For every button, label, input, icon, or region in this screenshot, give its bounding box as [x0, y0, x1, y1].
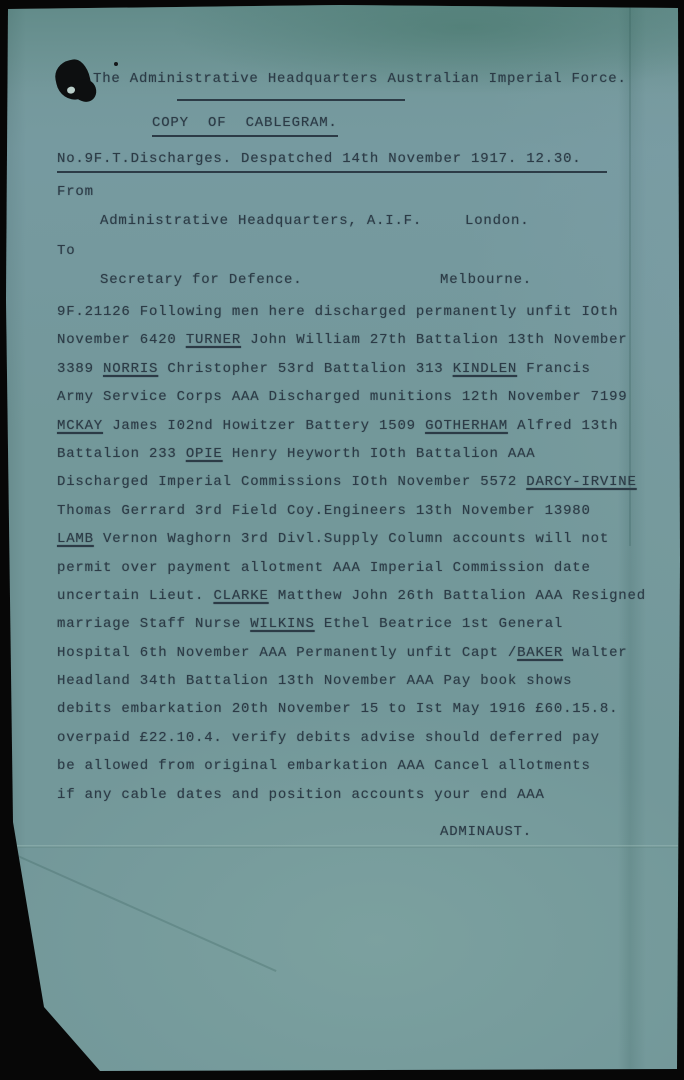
body-text: James I02nd Howitzer Battery 1509: [103, 418, 425, 434]
from-label: From: [57, 181, 636, 203]
body-text: Walter: [563, 645, 627, 661]
body-line: uncertain Lieut. CLARKE Matthew John 26t…: [57, 582, 636, 610]
body-line: November 6420 TURNER John William 27th B…: [57, 326, 636, 354]
surname-underlined: GOTHERHAM: [425, 418, 508, 434]
ink-speck: [114, 62, 118, 66]
to-row: Secretary for Defence. Melbourne.: [57, 269, 636, 291]
body-text: Thomas Gerrard 3rd Field Coy.Engineers 1…: [57, 503, 591, 519]
to-value: Secretary for Defence.: [100, 272, 302, 288]
body-text: marriage Staff Nurse: [57, 616, 250, 632]
reference-line: No.9F.T.Discharges. Despatched 14th Nove…: [57, 148, 636, 173]
body-line: marriage Staff Nurse WILKINS Ethel Beatr…: [57, 610, 636, 638]
body-line: Hospital 6th November AAA Permanently un…: [57, 639, 636, 667]
body-line: Army Service Corps AAA Discharged muniti…: [57, 383, 636, 411]
surname-underlined: MCKAY: [57, 418, 103, 434]
body-line: Discharged Imperial Commissions IOth Nov…: [57, 468, 636, 496]
body-line: LAMB Vernon Waghorn 3rd Divl.Supply Colu…: [57, 525, 636, 553]
body-text: John William 27th Battalion 13th Novembe…: [241, 332, 627, 348]
body-text: Headland 34th Battalion 13th November AA…: [57, 673, 572, 689]
body-text: November 6420: [57, 332, 186, 348]
body-line: Battalion 233 OPIE Henry Heyworth IOth B…: [57, 440, 636, 468]
from-row: Administrative Headquarters, A.I.F. Lond…: [57, 210, 636, 232]
surname-underlined: WILKINS: [250, 616, 314, 632]
body-text: Discharged Imperial Commissions IOth Nov…: [57, 474, 526, 490]
body-text: Hospital 6th November AAA Permanently un…: [57, 645, 517, 661]
body-text: Henry Heyworth IOth Battalion AAA: [223, 446, 536, 462]
surname-underlined: TURNER: [186, 332, 241, 348]
body-text: Alfred 13th: [508, 418, 618, 434]
surname-underlined: CLARKE: [213, 588, 268, 604]
body-line: Headland 34th Battalion 13th November AA…: [57, 667, 636, 695]
cablegram-paper: The Administrative Headquarters Australi…: [0, 0, 684, 1080]
body-line: debits embarkation 20th November 15 to I…: [57, 695, 636, 723]
reference-text: No.9F.T.Discharges. Despatched 14th Nove…: [57, 148, 607, 173]
body-text: Matthew John 26th Battalion AAA Resigned: [269, 588, 646, 604]
body-line: 3389 NORRIS Christopher 53rd Battalion 3…: [57, 355, 636, 383]
to-label: To: [57, 240, 636, 262]
body-line: overpaid £22.10.4. verify debits advise …: [57, 724, 636, 752]
body-line: if any cable dates and position accounts…: [57, 781, 636, 809]
body-text: 3389: [57, 361, 103, 377]
body-text: Vernon Waghorn 3rd Divl.Supply Column ac…: [94, 531, 609, 547]
cable-body: 9F.21126 Following men here discharged p…: [57, 298, 636, 809]
body-line: Thomas Gerrard 3rd Field Coy.Engineers 1…: [57, 497, 636, 525]
letterhead-title: The Administrative Headquarters Australi…: [93, 68, 636, 90]
from-location: London.: [465, 210, 529, 232]
surname-underlined: DARCY-IRVINE: [526, 474, 636, 490]
from-value: Administrative Headquarters, A.I.F.: [100, 213, 422, 229]
body-text: Army Service Corps AAA Discharged muniti…: [57, 389, 627, 405]
surname-underlined: BAKER: [517, 645, 563, 661]
body-text: uncertain Lieut.: [57, 588, 213, 604]
to-location: Melbourne.: [440, 269, 532, 291]
surname-underlined: OPIE: [186, 446, 223, 462]
body-text: Christopher 53rd Battalion 313: [158, 361, 452, 377]
body-line: be allowed from original embarkation AAA…: [57, 752, 636, 780]
surname-underlined: KINDLEN: [453, 361, 517, 377]
cablegram-content: The Administrative Headquarters Australi…: [57, 68, 636, 846]
body-line: permit over payment allotment AAA Imperi…: [57, 554, 636, 582]
document-type-title: COPY OF CABLEGRAM.: [152, 112, 338, 137]
body-text: Battalion 233: [57, 446, 186, 462]
body-text: be allowed from original embarkation AAA…: [57, 758, 591, 774]
body-line: MCKAY James I02nd Howitzer Battery 1509 …: [57, 412, 636, 440]
body-text: debits embarkation 20th November 15 to I…: [57, 701, 618, 717]
body-text: permit over payment allotment AAA Imperi…: [57, 560, 591, 576]
signature: ADMINAUST.: [440, 818, 636, 846]
body-line: 9F.21126 Following men here discharged p…: [57, 298, 636, 326]
body-text: overpaid £22.10.4. verify debits advise …: [57, 730, 600, 746]
body-text: 9F.21126 Following men here discharged p…: [57, 304, 618, 320]
body-text: Ethel Beatrice 1st General: [315, 616, 563, 632]
body-text: if any cable dates and position accounts…: [57, 787, 545, 803]
paper-crease-diagonal: [0, 840, 277, 972]
photo-background: The Administrative Headquarters Australi…: [0, 0, 684, 1080]
body-text: Francis: [517, 361, 591, 377]
surname-underlined: LAMB: [57, 531, 94, 547]
surname-underlined: NORRIS: [103, 361, 158, 377]
